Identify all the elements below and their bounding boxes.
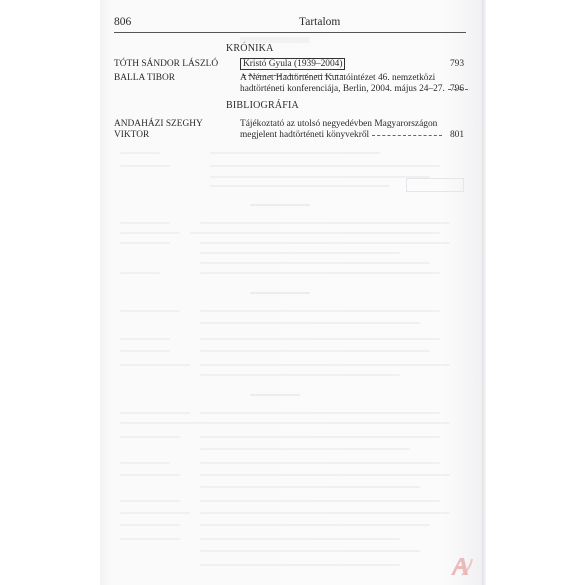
section-heading-bibliografia: BIBLIOGRÁFIA — [226, 100, 299, 111]
page-number: 806 — [114, 16, 131, 28]
entry-author-line: ANDAHÁZI SZEGHY — [114, 119, 238, 130]
document-page: 806 Tartalom KRÓNIKA TÓTH SÁNDOR LÁSZLÓ … — [100, 0, 482, 585]
entry-title-boxed: Kristó Gyula (1939–2004) — [240, 58, 345, 70]
entry-title-line: megjelent hadtörténeti könyvekről — [240, 130, 369, 140]
entry-author: ANDAHÁZI SZEGHY VIKTOR — [114, 119, 238, 142]
toc-entry: TÓTH SÁNDOR LÁSZLÓ Kristó Gyula (1939–20… — [114, 59, 464, 73]
entry-title-line: A Német Hadtörténeti Kutatóintézet 46. n… — [240, 73, 446, 84]
header-rule — [114, 32, 466, 33]
entry-author-line: VIKTOR — [114, 130, 238, 141]
toc-entry: BALLA TIBOR A Német Hadtörténeti Kutatói… — [114, 73, 464, 97]
publisher-logo-icon — [448, 555, 474, 577]
entry-title: Tájékoztató az utolsó negyedévben Magyar… — [240, 119, 446, 142]
entry-page-number: 793 — [444, 59, 464, 70]
entry-title: A Német Hadtörténeti Kutatóintézet 46. n… — [240, 73, 446, 96]
entry-author: TÓTH SÁNDOR LÁSZLÓ — [114, 59, 238, 70]
toc-entry: ANDAHÁZI SZEGHY VIKTOR Tájékoztató az ut… — [114, 119, 464, 143]
entry-page-number: 801 — [444, 130, 464, 141]
entry-title-line: Tájékoztató az utolsó negyedévben Magyar… — [240, 119, 446, 130]
entry-author: BALLA TIBOR — [114, 73, 238, 84]
page-header: 806 Tartalom — [114, 16, 464, 32]
running-title: Tartalom — [299, 16, 340, 28]
section-heading-kronika: KRÓNIKA — [226, 43, 274, 54]
entry-page-number: 796 — [444, 84, 464, 95]
entry-title-line: hadtörténeti konferenciája, Berlin, 2004… — [240, 84, 445, 94]
dot-leader — [372, 135, 442, 136]
